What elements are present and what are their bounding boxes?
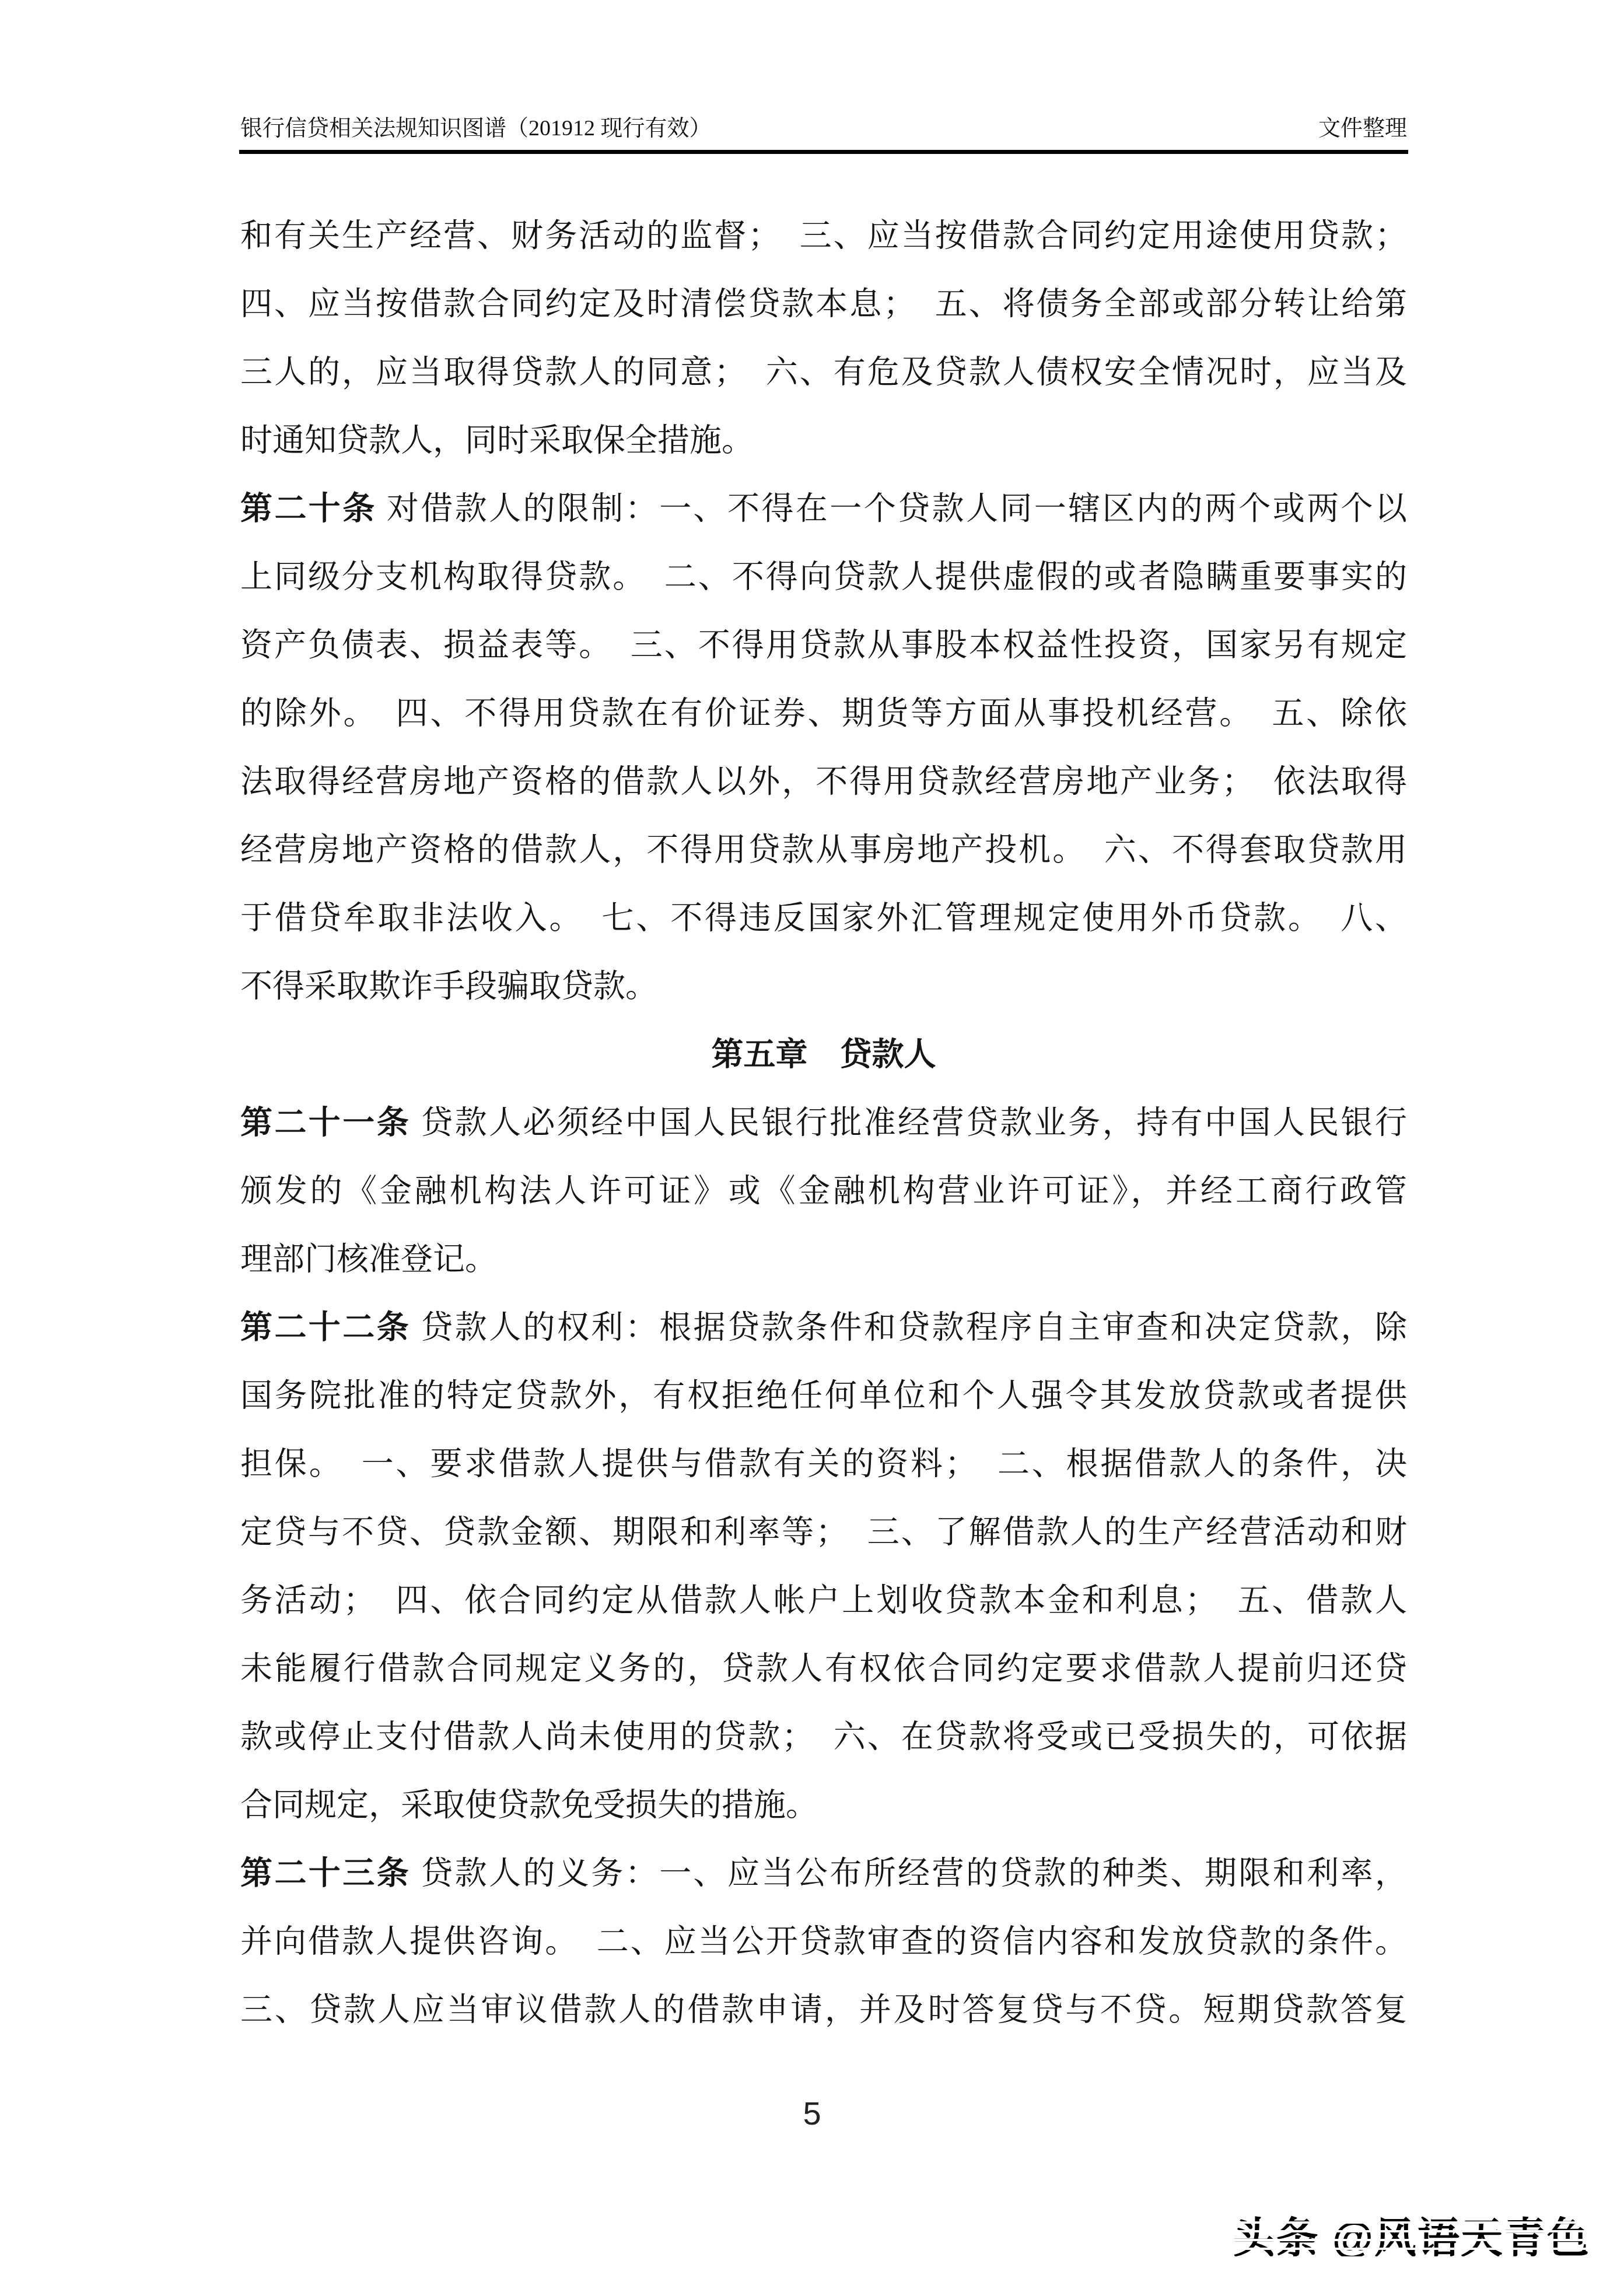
text-line: 三人的，应当取得贷款人的同意； 六、有危及贷款人债权安全情况时，应当及	[240, 338, 1407, 406]
text-line: 经营房地产资格的借款人，不得用贷款从事房地产投机。 六、不得套取贷款用	[240, 815, 1407, 884]
text-line: 颁发的《金融机构法人许可证》或《金融机构营业许可证》，并经工商行政管	[240, 1156, 1407, 1225]
chapter-heading: 第五章 贷款人	[240, 1020, 1407, 1088]
text-line: 上同级分支机构取得贷款。 二、不得向贷款人提供虚假的或者隐瞒重要事实的	[240, 542, 1407, 611]
text-line: 四、应当按借款合同约定及时清偿贷款本息； 五、将债务全部或部分转让给第	[240, 269, 1407, 338]
line-text: 未能履行借款合同规定义务的，贷款人有权依合同约定要求借款人提前归还贷	[240, 1650, 1407, 1686]
line-text: 资产负债表、损益表等。 三、不得用贷款从事股本权益性投资，国家另有规定	[240, 627, 1407, 662]
text-line: 于借贷牟取非法收入。 七、不得违反国家外汇管理规定使用外币贷款。 八、	[240, 884, 1407, 952]
line-text: 经营房地产资格的借款人，不得用贷款从事房地产投机。 六、不得套取贷款用	[240, 832, 1407, 867]
text-line: 和有关生产经营、财务活动的监督； 三、应当按借款合同约定用途使用贷款；	[240, 201, 1407, 269]
line-text: 贷款人的义务：一、应当公布所经营的贷款的种类、期限和利率，	[421, 1855, 1407, 1891]
header-right-label: 文件整理	[1318, 115, 1407, 141]
article-number: 第二十一条	[240, 1105, 421, 1140]
text-line: 定贷与不贷、贷款金额、期限和利率等； 三、了解借款人的生产经营活动和财	[240, 1498, 1407, 1566]
text-line: 第二十一条 贷款人必须经中国人民银行批准经营贷款业务，持有中国人民银行	[240, 1088, 1407, 1156]
text-line: 第二十三条 贷款人的义务：一、应当公布所经营的贷款的种类、期限和利率，	[240, 1839, 1407, 1907]
text-line: 合同规定，采取使贷款免受损失的措施。	[240, 1771, 1407, 1839]
text-line: 的除外。 四、不得用贷款在有价证券、期货等方面从事投机经营。 五、除依	[240, 679, 1407, 747]
text-line: 三、贷款人应当审议借款人的借款申请，并及时答复贷与不贷。短期贷款答复	[240, 1975, 1407, 2043]
article-number: 第二十三条	[240, 1855, 421, 1891]
line-text: 法取得经营房地产资格的借款人以外，不得用贷款经营房地产业务； 依法取得	[240, 763, 1407, 799]
text-line: 未能履行借款合同规定义务的，贷款人有权依合同约定要求借款人提前归还贷	[240, 1634, 1407, 1702]
text-line: 担保。 一、要求借款人提供与借款有关的资料； 二、根据借款人的条件，决	[240, 1429, 1407, 1498]
line-text: 第五章 贷款人	[711, 1036, 936, 1072]
line-text: 贷款人必须经中国人民银行批准经营贷款业务，持有中国人民银行	[421, 1105, 1407, 1140]
line-text: 并向借款人提供咨询。 二、应当公开贷款审查的资信内容和发放贷款的条件。	[240, 1923, 1407, 1959]
text-line: 时通知贷款人，同时采取保全措施。	[240, 406, 1407, 474]
document-body: 和有关生产经营、财务活动的监督； 三、应当按借款合同约定用途使用贷款； 四、应当…	[240, 201, 1407, 2043]
text-line: 款或停止支付借款人尚未使用的贷款； 六、在贷款将受或已受损失的，可依据	[240, 1702, 1407, 1771]
line-text: 担保。 一、要求借款人提供与借款有关的资料； 二、根据借款人的条件，决	[240, 1446, 1407, 1481]
article-number: 第二十条	[240, 490, 387, 526]
text-line: 理部门核准登记。	[240, 1225, 1407, 1293]
line-text: 颁发的《金融机构法人许可证》或《金融机构营业许可证》，并经工商行政管	[240, 1173, 1407, 1208]
text-line: 第二十条 对借款人的限制：一、不得在一个贷款人同一辖区内的两个或两个以	[240, 474, 1407, 542]
text-line: 资产负债表、损益表等。 三、不得用贷款从事股本权益性投资，国家另有规定	[240, 611, 1407, 679]
line-text: 的除外。 四、不得用贷款在有价证券、期货等方面从事投机经营。 五、除依	[240, 695, 1407, 731]
header-document-title: 银行信贷相关法规知识图谱（201912 现行有效）	[240, 115, 712, 141]
line-text: 务活动； 四、依合同约定从借款人帐户上划收贷款本金和利息； 五、借款人	[240, 1582, 1407, 1618]
line-text: 三、贷款人应当审议借款人的借款申请，并及时答复贷与不贷。短期贷款答复	[240, 1992, 1407, 2027]
line-text: 定贷与不贷、贷款金额、期限和利率等； 三、了解借款人的生产经营活动和财	[240, 1514, 1407, 1550]
page-number: 5	[0, 2096, 1624, 2131]
watermark-text: 头条 @风语天青色	[1233, 2215, 1590, 2262]
line-text: 国务院批准的特定贷款外，有权拒绝任何单位和个人强令其发放贷款或者提供	[240, 1377, 1407, 1413]
line-text: 贷款人的权利：根据贷款条件和贷款程序自主审查和决定贷款，除	[421, 1309, 1407, 1345]
article-number: 第二十二条	[240, 1309, 421, 1345]
page-header: 银行信贷相关法规知识图谱（201912 现行有效） 文件整理	[240, 115, 1407, 141]
text-line: 不得采取欺诈手段骗取贷款。	[240, 952, 1407, 1020]
line-text: 于借贷牟取非法收入。 七、不得违反国家外汇管理规定使用外币贷款。 八、	[240, 900, 1407, 935]
line-text: 三人的，应当取得贷款人的同意； 六、有危及贷款人债权安全情况时，应当及	[240, 354, 1407, 390]
text-line: 务活动； 四、依合同约定从借款人帐户上划收贷款本金和利息； 五、借款人	[240, 1566, 1407, 1634]
line-text: 上同级分支机构取得贷款。 二、不得向贷款人提供虚假的或者隐瞒重要事实的	[240, 559, 1407, 594]
line-text: 合同规定，采取使贷款免受损失的措施。	[240, 1787, 818, 1822]
line-text: 不得采取欺诈手段骗取贷款。	[240, 968, 657, 1004]
header-rule	[239, 150, 1408, 154]
document-page: 银行信贷相关法规知识图谱（201912 现行有效） 文件整理 和有关生产经营、财…	[0, 0, 1624, 2296]
line-text: 款或停止支付借款人尚未使用的贷款； 六、在贷款将受或已受损失的，可依据	[240, 1719, 1407, 1754]
line-text: 理部门核准登记。	[240, 1241, 497, 1277]
line-text: 时通知贷款人，同时采取保全措施。	[240, 422, 754, 458]
watermark: 头条 @风语天青色	[1233, 2215, 1590, 2262]
line-text: 对借款人的限制：一、不得在一个贷款人同一辖区内的两个或两个以	[387, 490, 1407, 526]
text-line: 国务院批准的特定贷款外，有权拒绝任何单位和个人强令其发放贷款或者提供	[240, 1361, 1407, 1429]
line-text: 四、应当按借款合同约定及时清偿贷款本息； 五、将债务全部或部分转让给第	[240, 286, 1407, 321]
text-line: 第二十二条 贷款人的权利：根据贷款条件和贷款程序自主审查和决定贷款，除	[240, 1293, 1407, 1361]
text-line: 并向借款人提供咨询。 二、应当公开贷款审查的资信内容和发放贷款的条件。	[240, 1907, 1407, 1975]
line-text: 和有关生产经营、财务活动的监督； 三、应当按借款合同约定用途使用贷款；	[240, 218, 1407, 253]
text-line: 法取得经营房地产资格的借款人以外，不得用贷款经营房地产业务； 依法取得	[240, 747, 1407, 815]
